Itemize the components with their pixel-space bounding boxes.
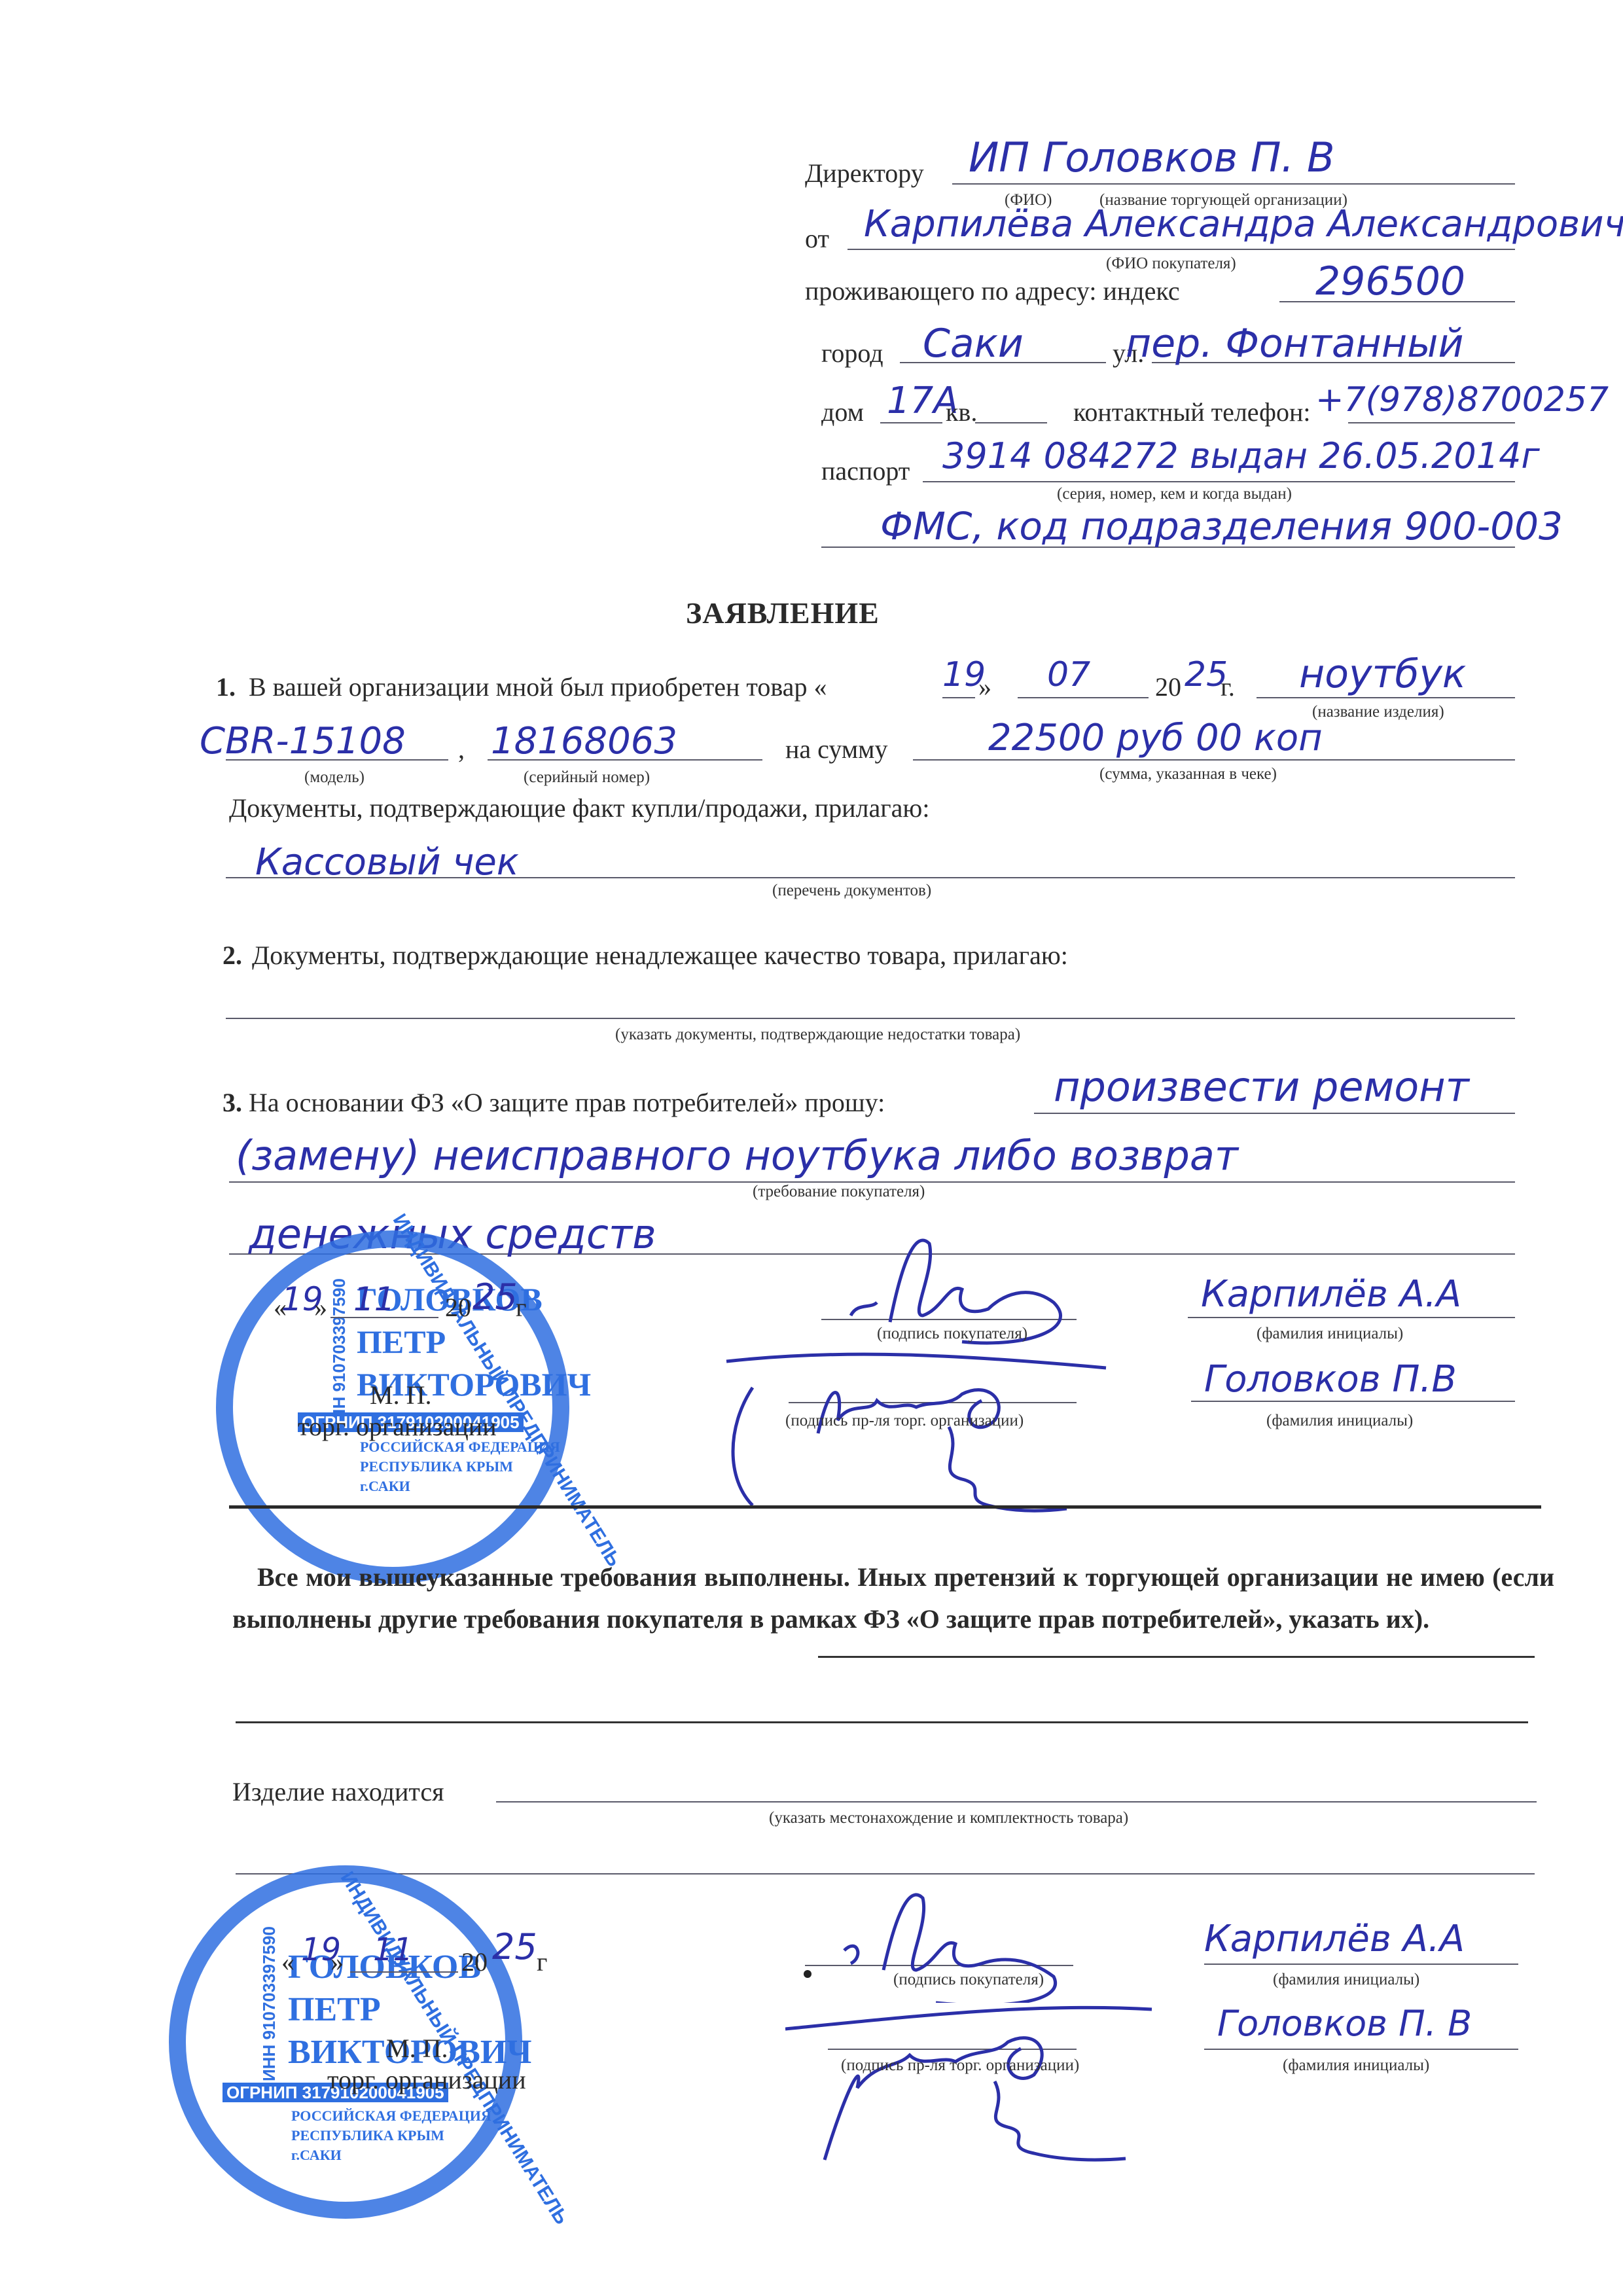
address-label: проживающего по адресу: индекс bbox=[805, 278, 1180, 304]
mp-label: М. П. bbox=[370, 1382, 431, 1408]
model-caption: (модель) bbox=[304, 769, 365, 785]
document-title: ЗАЯВЛЕНИЕ bbox=[686, 596, 880, 630]
passport-field[interactable]: 3914 084272 выдан 26.05.2014г bbox=[942, 439, 1540, 474]
section-divider bbox=[229, 1505, 1541, 1509]
apt-line[interactable] bbox=[975, 422, 1047, 423]
director-label: Директору bbox=[805, 160, 924, 187]
sum-field[interactable]: 22500 руб 00 коп bbox=[988, 720, 1323, 757]
phone-field[interactable]: +7(978)8700257 bbox=[1315, 383, 1609, 417]
section-1-text: В вашей организации мной был приобретен … bbox=[249, 674, 827, 700]
apt-label: кв. bbox=[946, 399, 977, 425]
sign-year-g: г bbox=[516, 1295, 526, 1321]
stamp-region: РЕСПУБЛИКА КРЫМ bbox=[360, 1460, 513, 1474]
from-label: от bbox=[805, 226, 829, 252]
month-line bbox=[1018, 697, 1149, 698]
from-field[interactable]: Карпилёва Александра Александровича bbox=[864, 206, 1623, 243]
seller-sign-caption: (подпись пр-ля торг. организации) bbox=[785, 1412, 1024, 1429]
seller-name-line bbox=[1191, 1401, 1515, 1402]
section-2-text: Документы, подтверждающие ненадлежащее к… bbox=[252, 942, 1068, 969]
sign-2-date-month[interactable]: 11 bbox=[373, 1934, 413, 1965]
seller-signature bbox=[713, 1348, 1158, 1518]
requirement-field-1[interactable]: произвести ремонт bbox=[1054, 1067, 1469, 1107]
purchase-month-field[interactable]: 07 bbox=[1047, 658, 1090, 692]
house-label: дом bbox=[821, 399, 864, 425]
stamp-2-name: ПЕТР bbox=[288, 1993, 381, 2027]
location-label: Изделие находится bbox=[232, 1779, 444, 1805]
section-2-line[interactable] bbox=[226, 1018, 1515, 1019]
city-field[interactable]: Саки bbox=[923, 324, 1024, 363]
stamp-name: ПЕТР bbox=[357, 1325, 446, 1358]
seller-name-field[interactable]: Головков П.В bbox=[1204, 1361, 1457, 1398]
buyer-2-name-caption: (фамилия инициалы) bbox=[1273, 1971, 1419, 1988]
sum-line bbox=[913, 759, 1515, 761]
date-close: » bbox=[314, 1295, 327, 1321]
section-2-caption: (указать документы, подтверждающие недос… bbox=[615, 1026, 1020, 1043]
sum-label: на сумму bbox=[785, 736, 887, 762]
city-label: город bbox=[821, 340, 883, 367]
director-line bbox=[952, 183, 1515, 185]
passport-line bbox=[923, 481, 1515, 482]
index-field[interactable]: 296500 bbox=[1315, 262, 1465, 301]
section-3-number: 3. bbox=[223, 1090, 242, 1116]
passport-caption: (серия, номер, кем и когда выдан) bbox=[1057, 486, 1292, 502]
docs-caption: (перечень документов) bbox=[772, 882, 931, 899]
serial-caption: (серийный номер) bbox=[524, 769, 650, 785]
sign-2-year-suffix[interactable]: 25 bbox=[492, 1929, 537, 1965]
sign-date-month[interactable]: 11 bbox=[353, 1283, 395, 1316]
model-field[interactable]: CBR-15108 bbox=[200, 723, 406, 760]
buyer-2-sign-caption: (подпись покупателя) bbox=[893, 1971, 1044, 1988]
completion-line-1[interactable] bbox=[818, 1656, 1535, 1658]
location-caption: (указать местонахождение и комплектность… bbox=[769, 1810, 1128, 1826]
product-caption: (название изделия) bbox=[1312, 704, 1444, 720]
quote-close: » bbox=[978, 674, 991, 700]
passport-label: паспорт bbox=[821, 458, 910, 484]
buyer-name-caption: (фамилия инициалы) bbox=[1257, 1325, 1403, 1342]
stamp-2-city: г.САКИ bbox=[291, 2148, 342, 2162]
date-2-open: « bbox=[281, 1949, 294, 1975]
stamp-inn: ИНН 910703397590 bbox=[330, 1278, 348, 1433]
seller-2-name-caption: (фамилия инициалы) bbox=[1283, 2057, 1429, 2073]
year-prefix: 20 bbox=[1155, 674, 1181, 700]
from-caption: (ФИО покупателя) bbox=[1106, 255, 1236, 272]
serial-field[interactable]: 18168063 bbox=[491, 723, 677, 760]
section-3-line-1 bbox=[1034, 1113, 1515, 1114]
sign-year-suffix[interactable]: 25 bbox=[473, 1280, 518, 1315]
buyer-name-field[interactable]: Карпилёв А.А bbox=[1201, 1276, 1461, 1313]
comma: , bbox=[458, 736, 465, 762]
year-g: г. bbox=[1221, 674, 1235, 700]
section-2-number: 2. bbox=[223, 942, 242, 969]
day-line bbox=[942, 697, 975, 698]
product-field[interactable]: ноутбук bbox=[1299, 655, 1466, 694]
completion-paragraph: Все мои вышеуказанные требования выполне… bbox=[232, 1556, 1554, 1640]
org-label: торг. организации bbox=[298, 1414, 497, 1440]
phone-label: контактный телефон: bbox=[1073, 399, 1310, 425]
buyer-name-line bbox=[1188, 1317, 1515, 1318]
section-3-caption: (требование покупателя) bbox=[753, 1183, 925, 1200]
seller-name-caption: (фамилия инициалы) bbox=[1266, 1412, 1413, 1429]
passport-field-2[interactable]: ФМС, код подразделения 900-003 bbox=[880, 507, 1563, 545]
sign-2-month-line bbox=[350, 1971, 458, 1973]
date-2-close: » bbox=[330, 1949, 344, 1975]
seller-2-name-line bbox=[1204, 2049, 1518, 2050]
buyer-2-name-line bbox=[1204, 1964, 1518, 1965]
org-2-label: торг. организации bbox=[327, 2067, 526, 2093]
stamp-2-region: РЕСПУБЛИКА КРЫМ bbox=[291, 2128, 444, 2143]
product-line bbox=[1257, 697, 1515, 698]
section-3-text: На основании ФЗ «О защите прав потребите… bbox=[249, 1090, 885, 1116]
sum-caption: (сумма, указанная в чеке) bbox=[1099, 766, 1277, 782]
seller-2-sign-caption: (подпись пр-ля торг. организации) bbox=[841, 2057, 1079, 2073]
docs-field[interactable]: Кассовый чек bbox=[255, 844, 519, 881]
seller-2-name-field[interactable]: Головков П. В bbox=[1217, 2006, 1472, 2041]
street-field[interactable]: пер. Фонтанный bbox=[1126, 324, 1464, 363]
completion-line-2[interactable] bbox=[236, 1721, 1528, 1723]
section-1-number: 1. bbox=[216, 674, 236, 700]
location-line[interactable] bbox=[496, 1801, 1537, 1803]
buyer-2-name-field[interactable]: Карпилёв А.А bbox=[1204, 1921, 1465, 1958]
house-line bbox=[880, 422, 942, 423]
from-line bbox=[847, 249, 1515, 250]
requirement-field-2[interactable]: (замену) неисправного ноутбука либо возв… bbox=[236, 1136, 1238, 1176]
mp-2-label: М. П. bbox=[386, 2036, 448, 2062]
buyer-sign-caption: (подпись покупателя) bbox=[877, 1325, 1027, 1342]
phone-line bbox=[1348, 422, 1515, 423]
stamp-2-country: РОССИЙСКАЯ ФЕДЕРАЦИЯ bbox=[291, 2109, 491, 2123]
stamp-2-inn: ИНН 910703397590 bbox=[260, 1926, 277, 2081]
sign-2-year-g: г bbox=[537, 1949, 547, 1975]
director-field[interactable]: ИП Головков П. В bbox=[969, 137, 1334, 178]
docs-label: Документы, подтверждающие факт купли/про… bbox=[229, 795, 929, 821]
stamp-country: РОССИЙСКАЯ ФЕДЕРАЦИЯ bbox=[360, 1440, 560, 1454]
sign-2-year-prefix: 20 bbox=[461, 1949, 488, 1975]
seller-2-signature bbox=[785, 1990, 1191, 2173]
stamp-city: г.САКИ bbox=[360, 1479, 410, 1494]
sign-year-prefix: 20 bbox=[445, 1295, 471, 1321]
